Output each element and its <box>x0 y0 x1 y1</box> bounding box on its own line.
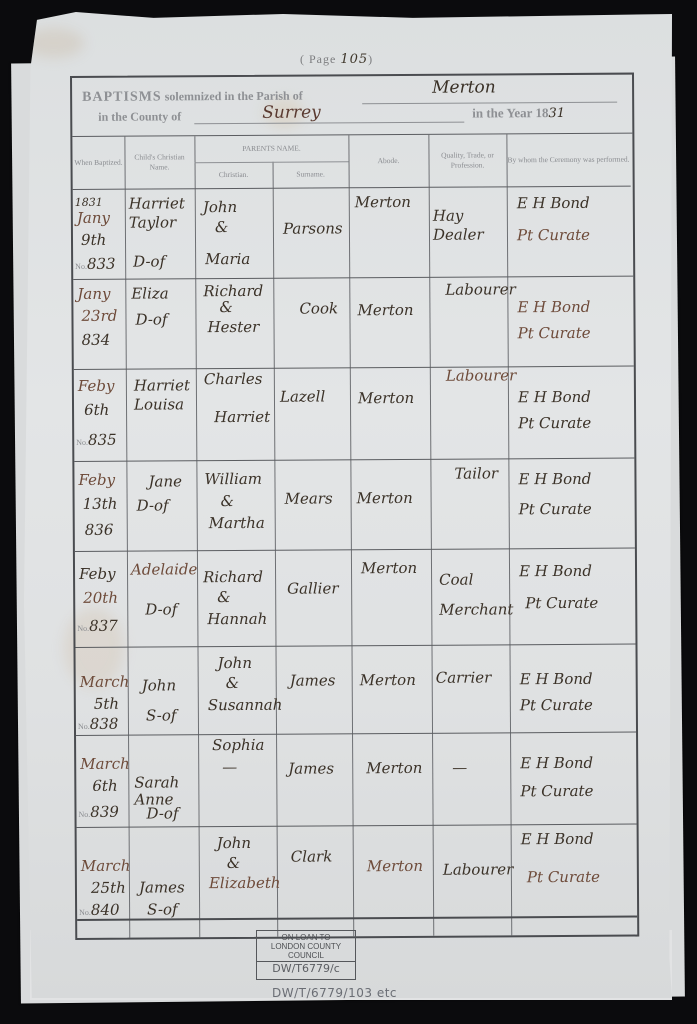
entry-father-name: John <box>217 834 251 853</box>
entry-relation: D-of <box>133 252 165 271</box>
entry-number-prefix: No. <box>76 438 88 447</box>
entry-father-name: Richard <box>203 282 263 301</box>
entry-relation: D-of <box>146 804 178 823</box>
entry-mother-name: Harriet <box>214 408 270 427</box>
entry-quality: Labourer <box>443 860 514 879</box>
entry-mother-name: Susannah <box>208 696 283 715</box>
entry-officiant-title: Pt Curate <box>519 500 592 519</box>
register-entry: Feby 20th No.837 Adelaide D-of Richard &… <box>75 548 636 648</box>
entry-father-name: William <box>204 470 262 489</box>
entry-abode: Merton <box>367 857 423 876</box>
entry-date-month: Jany <box>77 285 110 304</box>
entry-quality: Carrier <box>436 668 492 687</box>
entry-abode: Merton <box>355 193 411 212</box>
entry-father-name: Richard <box>203 568 263 587</box>
entry-relation: D-of <box>145 600 177 619</box>
entry-officiant-title: Pt Curate <box>525 594 598 613</box>
entry-surname: Cook <box>299 299 338 318</box>
entry-officiant: E H Bond <box>517 194 590 213</box>
entry-child-name: Eliza <box>131 284 169 303</box>
entry-officiant: E H Bond <box>521 830 594 849</box>
stamp-line-2: LONDON COUNTY <box>257 942 355 951</box>
entry-number-prefix: No. <box>75 262 87 271</box>
entry-date-day: 9th <box>81 231 106 250</box>
entry-officiant-title: Pt Curate <box>517 226 590 245</box>
register-entry: Feby 13th 836 Jane D-of William & Martha… <box>74 458 635 552</box>
register-title: BAPTISMS solemnized in the Parish of Mer… <box>72 75 632 136</box>
page-label-close: ) <box>368 52 373 66</box>
entry-officiant-title: Pt Curate <box>527 868 600 887</box>
entry-surname: Lazell <box>280 387 325 406</box>
entry-date-month: March <box>81 857 131 876</box>
entry-mother-name: Martha <box>209 514 265 533</box>
entry-abode: Merton <box>358 389 414 408</box>
entry-date-day: 6th <box>84 401 109 420</box>
entry-date-month: March <box>80 673 130 692</box>
entry-child-name: Jane <box>148 472 182 491</box>
entry-father-name: Charles <box>204 370 263 389</box>
entry-officiant: E H Bond <box>517 298 590 317</box>
entry-date-day: 25th <box>91 879 126 898</box>
title-parish-label: solemnized in the Parish of <box>165 89 303 104</box>
entry-surname: Parsons <box>283 219 343 238</box>
title-county-label: in the County of <box>98 109 181 125</box>
entry-number: 837 <box>89 617 118 635</box>
entry-child-name: James <box>139 878 185 897</box>
entry-number: 833 <box>87 255 116 273</box>
entry-relation: D-of <box>137 496 169 515</box>
entry-officiant: E H Bond <box>520 754 593 773</box>
entry-officiant: E H Bond <box>520 670 593 689</box>
entry-date-month: Jany <box>77 209 110 228</box>
entry-mother-name: Hester <box>207 318 259 337</box>
entry-abode: Merton <box>360 671 416 690</box>
register-entry: 1831 Jany 9th No.833 Harriet Taylor D-of… <box>73 186 634 280</box>
entry-child-name: Harriet Louisa <box>134 376 204 414</box>
entry-officiant: E H Bond <box>518 470 591 489</box>
county-name: Surrey <box>262 102 321 122</box>
entry-date-month: Feby <box>79 565 116 584</box>
pencil-reference-note: DW/T/6779/103 etc <box>272 986 397 1000</box>
entry-officiant-title: Pt Curate <box>518 414 591 433</box>
entry-surname: Clark <box>291 847 333 866</box>
header-parents-name: PARENTS NAME. <box>194 135 348 163</box>
entry-relation: D-of <box>135 310 167 329</box>
register-entry: March 5th No.838 John S-of John & Susann… <box>75 644 636 736</box>
entry-abode: Merton <box>357 489 413 508</box>
header-by-whom: By whom the Ceremony was performed. <box>506 134 630 188</box>
stain <box>24 28 84 58</box>
entry-date-day: 20th <box>83 589 118 608</box>
entry-number: 838 <box>90 715 119 733</box>
entry-number-prefix: No. <box>78 810 90 819</box>
entry-number: 840 <box>91 901 120 919</box>
register-entry: Feby 6th No.835 Harriet Louisa Charles H… <box>74 366 635 462</box>
entry-relation: S-of <box>147 900 178 919</box>
entry-surname: Mears <box>285 489 333 508</box>
header-when-baptized: When Baptized. <box>72 137 124 190</box>
entry-father-name: — <box>222 758 237 777</box>
header-parents-christian: Christian. <box>195 162 273 189</box>
register-grid: When Baptized. Child's Christian Name. P… <box>72 133 637 938</box>
entry-date-day: 13th <box>83 495 118 514</box>
entry-quality: — <box>452 759 467 778</box>
stamp-reference: DW/T6779/c <box>257 962 355 973</box>
entry-father-name: John <box>218 654 252 673</box>
stamp-line-1: ON LOAN TO <box>257 933 355 942</box>
page-number-label: ( Page 105) <box>300 52 373 67</box>
entry-abode: Merton <box>366 759 422 778</box>
entry-abode: Merton <box>357 301 413 320</box>
entry-date-month: March <box>80 755 130 774</box>
entry-officiant-title: Pt Curate <box>520 782 593 801</box>
year-label: in the Year 18 <box>472 105 548 120</box>
baptism-register-table: BAPTISMS solemnized in the Parish of Mer… <box>70 73 639 940</box>
page-label: ( Page <box>300 52 336 66</box>
entry-relation: S-of <box>146 706 177 725</box>
entry-surname: James <box>290 671 336 690</box>
entry-date-day: 6th <box>92 777 117 796</box>
loan-stamp: ON LOAN TO LONDON COUNTY COUNCIL DW/T677… <box>256 930 356 980</box>
register-entry: March 25th No.840 James S-of John & Eliz… <box>77 824 638 921</box>
entry-number: 836 <box>85 521 114 540</box>
entry-surname: James <box>288 759 334 778</box>
entry-date-month: Feby <box>78 471 115 490</box>
entry-surname: Gallier <box>287 579 338 598</box>
entry-number: 834 <box>82 331 111 350</box>
title-year: in the Year 1831 <box>472 105 565 122</box>
entry-child-name: Adelaide <box>131 560 197 579</box>
entry-child-name: John <box>142 676 176 695</box>
entry-child-name: Harriet Taylor <box>129 194 199 232</box>
header-abode: Abode. <box>348 135 428 188</box>
entry-number-prefix: No. <box>77 624 89 633</box>
parish-blank-line <box>362 102 617 105</box>
entry-quality: Labourer <box>446 366 517 385</box>
entry-number-prefix: No. <box>79 908 91 917</box>
entry-date-day: 5th <box>94 695 119 714</box>
county-blank-line <box>194 122 464 125</box>
parish-name: Merton <box>432 77 496 97</box>
entry-number: 835 <box>88 431 117 449</box>
entry-number-prefix: No. <box>78 722 90 731</box>
entry-officiant-title: Pt Curate <box>518 324 591 343</box>
entry-officiant: E H Bond <box>519 562 592 581</box>
year-handwritten: 31 <box>548 106 565 121</box>
register-entry: Jany 23rd 834 Eliza D-of Richard & Heste… <box>73 276 634 370</box>
entry-officiant-title: Pt Curate <box>520 696 593 715</box>
stamp-line-3: COUNCIL <box>257 951 355 960</box>
title-baptisms: BAPTISMS <box>82 89 162 104</box>
header-quality: Quality, Trade, or Profession. <box>428 134 506 187</box>
entry-date-day: 23rd <box>81 307 117 326</box>
register-entry: March 6th No.839 Sarah Anne D-of — Sophi… <box>76 732 637 828</box>
entry-mother-name: Sophia <box>212 736 264 755</box>
entry-quality: Labourer <box>445 280 516 299</box>
entry-date-month: Feby <box>78 377 115 396</box>
entry-father-name: John <box>203 198 237 217</box>
entry-mother-name: Hannah <box>207 610 267 629</box>
header-parents-surname: Surname. <box>273 161 349 188</box>
page-number: 105 <box>340 52 368 67</box>
entry-quality: Hay Dealer <box>433 206 503 244</box>
entry-mother-name: Maria <box>205 250 250 269</box>
header-child-name: Child's Christian Name. <box>124 136 194 189</box>
entry-abode: Merton <box>361 559 417 578</box>
entry-quality: Tailor <box>454 464 498 483</box>
entry-officiant: E H Bond <box>518 388 591 407</box>
entry-number: 839 <box>90 803 119 821</box>
entry-mother-name: Elizabeth <box>209 874 281 893</box>
